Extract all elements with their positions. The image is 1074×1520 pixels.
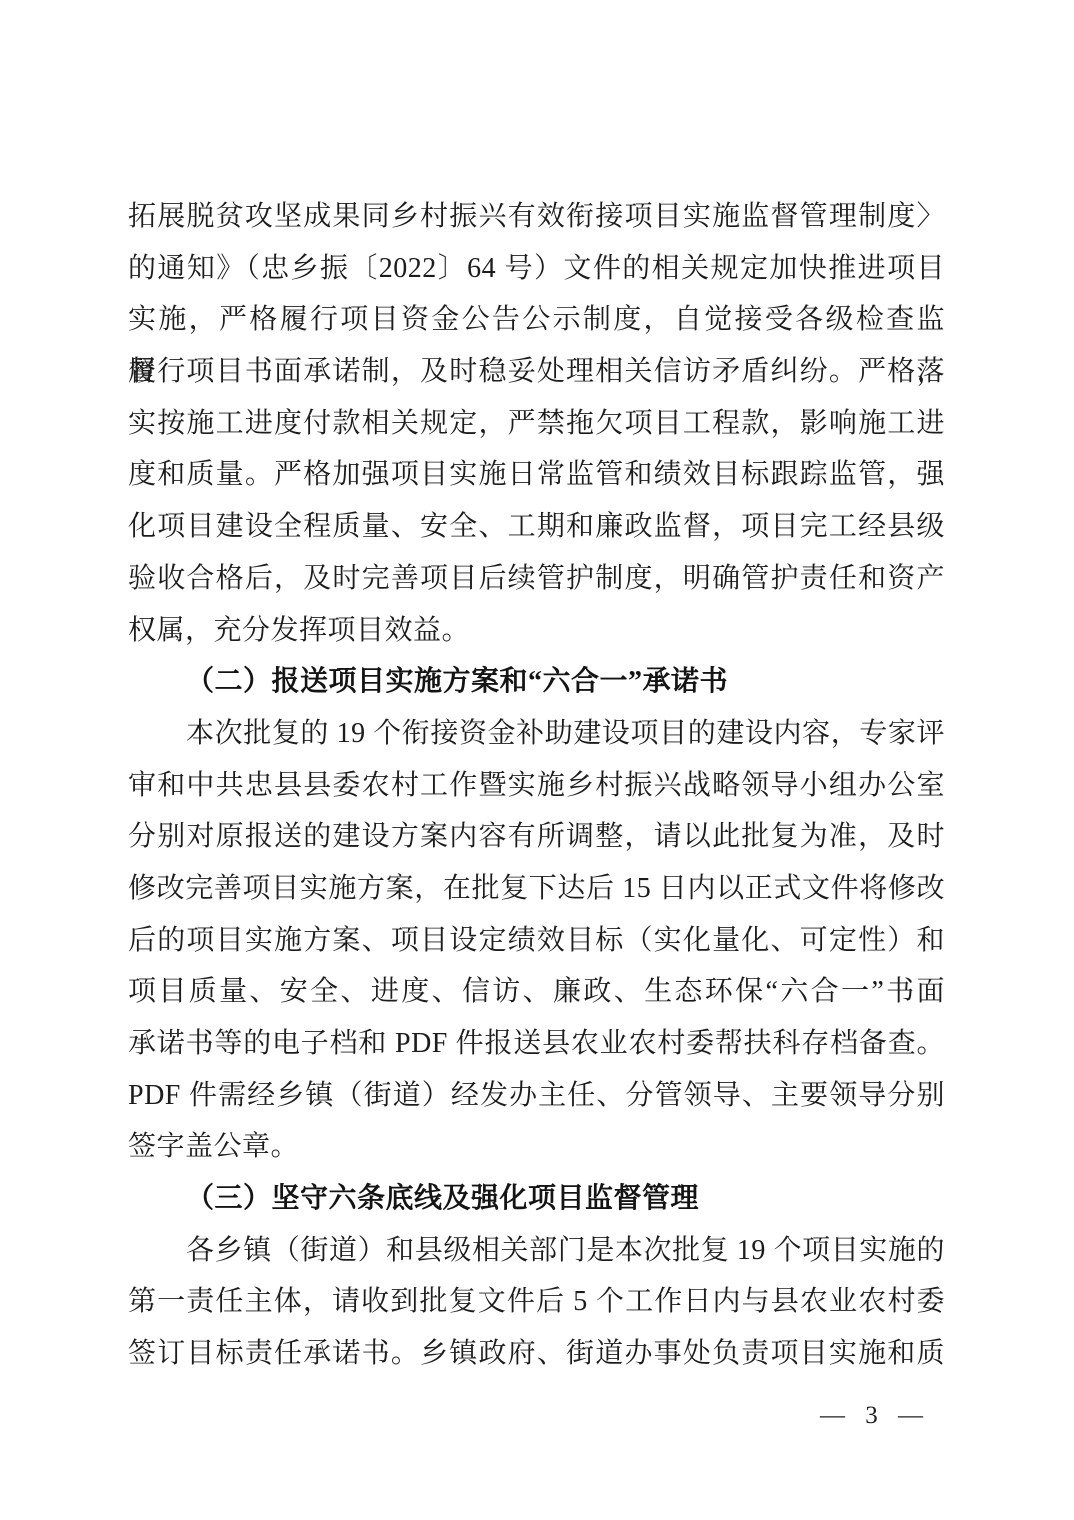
text-line: 后的项目实施方案、项目设定绩效目标（实化量化、可定性）和 <box>128 915 945 967</box>
text-line: 第一责任主体，请收到批复文件后 5 个工作日内与县农业农村委 <box>128 1276 945 1328</box>
text-line: 履行项目书面承诺制，及时稳妥处理相关信访矛盾纠纷。严格落 <box>128 346 945 398</box>
section-heading: （二）报送项目实施方案和“六合一”承诺书 <box>128 656 945 708</box>
document-page: 拓展脱贫攻坚成果同乡村振兴有效衔接项目实施监督管理制度〉的通知》（忠乡振〔202… <box>0 0 1074 1520</box>
text-line: PDF 件需经乡镇（街道）经发办主任、分管领导、主要领导分别 <box>128 1070 945 1122</box>
text-line: 的通知》（忠乡振〔2022〕64 号）文件的相关规定加快推进项目 <box>128 243 945 295</box>
section-heading: （三）坚守六条底线及强化项目监督管理 <box>128 1173 945 1225</box>
page-number: — 3 — <box>820 1402 924 1430</box>
text-line: 实按施工进度付款相关规定，严禁拖欠项目工程款，影响施工进 <box>128 398 945 450</box>
text-line: 签订目标责任承诺书。乡镇政府、街道办事处负责项目实施和质 <box>128 1328 945 1380</box>
text-line: 分别对原报送的建设方案内容有所调整，请以此批复为准，及时 <box>128 811 945 863</box>
text-line: 承诺书等的电子档和 PDF 件报送县农业农村委帮扶科存档备查。 <box>128 1018 945 1070</box>
document-body: 拓展脱贫攻坚成果同乡村振兴有效衔接项目实施监督管理制度〉的通知》（忠乡振〔202… <box>128 191 945 1380</box>
text-line: 本次批复的 19 个衔接资金补助建设项目的建设内容，专家评 <box>128 708 945 760</box>
text-line: 各乡镇（街道）和县级相关部门是本次批复 19 个项目实施的 <box>128 1225 945 1277</box>
text-line: 签字盖公章。 <box>128 1121 945 1173</box>
text-line: 权属，充分发挥项目效益。 <box>128 605 945 657</box>
text-line: 验收合格后，及时完善项目后续管护制度，明确管护责任和资产 <box>128 553 945 605</box>
text-line: 度和质量。严格加强项目实施日常监管和绩效目标跟踪监管，强 <box>128 449 945 501</box>
text-line: 化项目建设全程质量、安全、工期和廉政监督，项目完工经县级 <box>128 501 945 553</box>
text-line: 审和中共忠县县委农村工作暨实施乡村振兴战略领导小组办公室 <box>128 760 945 812</box>
text-line: 实施，严格履行项目资金公告公示制度，自觉接受各级检查监督， <box>128 294 945 346</box>
text-line: 拓展脱贫攻坚成果同乡村振兴有效衔接项目实施监督管理制度〉 <box>128 191 945 243</box>
text-line: 修改完善项目实施方案，在批复下达后 15 日内以正式文件将修改 <box>128 863 945 915</box>
text-line: 项目质量、安全、进度、信访、廉政、生态环保“六合一”书面 <box>128 966 945 1018</box>
